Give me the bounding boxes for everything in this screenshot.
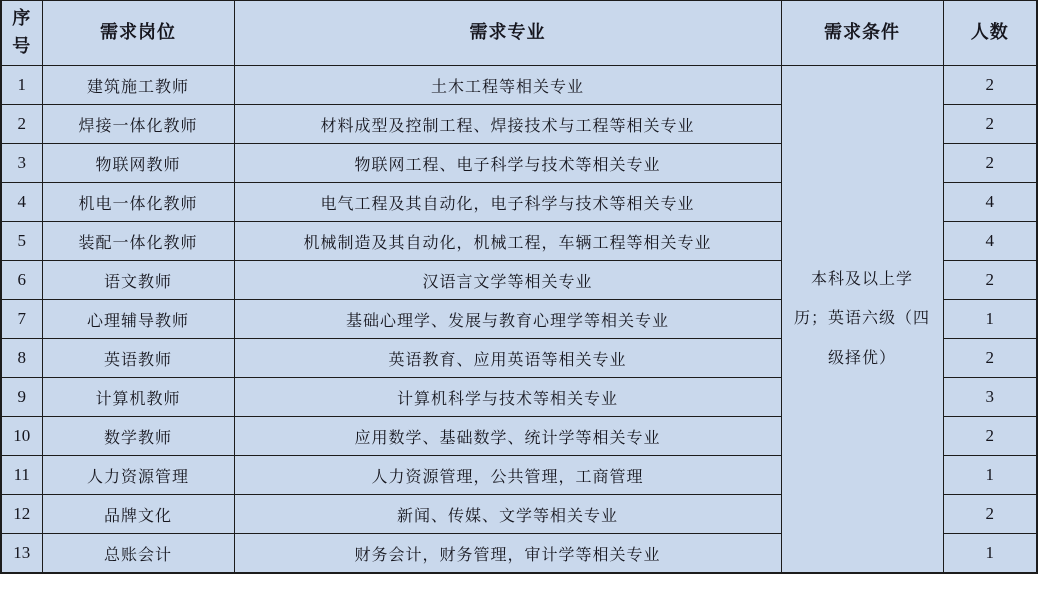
- row-count-cell: 4: [943, 183, 1037, 222]
- row-no-cell: 8: [1, 339, 42, 378]
- row-count-cell: 2: [943, 495, 1037, 534]
- row-position-cell: 计算机教师: [42, 378, 234, 417]
- row-position-cell: 机电一体化教师: [42, 183, 234, 222]
- header-position: 需求岗位: [42, 1, 234, 66]
- row-major-cell: 财务会计，财务管理，审计学等相关专业: [234, 534, 781, 574]
- row-count-cell: 2: [943, 66, 1037, 105]
- row-no-cell: 9: [1, 378, 42, 417]
- header-no: 序号: [1, 1, 42, 66]
- row-no-cell: 13: [1, 534, 42, 574]
- row-no-cell: 7: [1, 300, 42, 339]
- table-body: 1 建筑施工教师 土木工程等相关专业 本科及以上学 历；英语六级（四 级择优）2…: [1, 66, 1037, 574]
- row-position-cell: 心理辅导教师: [42, 300, 234, 339]
- row-no-cell: 11: [1, 456, 42, 495]
- row-count-cell: 3: [943, 378, 1037, 417]
- header-condition: 需求条件: [781, 1, 943, 66]
- recruitment-table: 序号 需求岗位 需求专业 需求条件 人数 1 建筑施工教师 土木工程等相关专业 …: [0, 0, 1038, 574]
- row-no-cell: 12: [1, 495, 42, 534]
- row-no-cell: 1: [1, 66, 42, 105]
- row-count-cell: 4: [943, 222, 1037, 261]
- row-major-cell: 基础心理学、发展与教育心理学等相关专业: [234, 300, 781, 339]
- row-major-cell: 应用数学、基础数学、统计学等相关专业: [234, 417, 781, 456]
- row-position-cell: 英语教师: [42, 339, 234, 378]
- row-major-cell: 电气工程及其自动化，电子科学与技术等相关专业: [234, 183, 781, 222]
- row-count-cell: 2: [943, 105, 1037, 144]
- row-position-cell: 语文教师: [42, 261, 234, 300]
- row-major-cell: 机械制造及其自动化，机械工程，车辆工程等相关专业: [234, 222, 781, 261]
- row-position-cell: 人力资源管理: [42, 456, 234, 495]
- row-major-cell: 人力资源管理，公共管理，工商管理: [234, 456, 781, 495]
- row-major-cell: 英语教育、应用英语等相关专业: [234, 339, 781, 378]
- row-count-cell: 2: [943, 144, 1037, 183]
- row-count-cell: 1: [943, 300, 1037, 339]
- row-count-cell: 2: [943, 339, 1037, 378]
- row-position-cell: 建筑施工教师: [42, 66, 234, 105]
- row-count-cell: 2: [943, 417, 1037, 456]
- row-no-cell: 3: [1, 144, 42, 183]
- table-row: 1 建筑施工教师 土木工程等相关专业 本科及以上学 历；英语六级（四 级择优）2: [1, 66, 1037, 105]
- header-count: 人数: [943, 1, 1037, 66]
- row-count-cell: 2: [943, 261, 1037, 300]
- row-no-cell: 10: [1, 417, 42, 456]
- row-major-cell: 新闻、传媒、文学等相关专业: [234, 495, 781, 534]
- row-position-cell: 装配一体化教师: [42, 222, 234, 261]
- row-no-cell: 5: [1, 222, 42, 261]
- row-no-cell: 6: [1, 261, 42, 300]
- row-major-cell: 汉语言文学等相关专业: [234, 261, 781, 300]
- condition-cell: 本科及以上学 历；英语六级（四 级择优）: [781, 66, 943, 574]
- table-header: 序号 需求岗位 需求专业 需求条件 人数: [1, 1, 1037, 66]
- row-major-cell: 物联网工程、电子科学与技术等相关专业: [234, 144, 781, 183]
- row-no-cell: 2: [1, 105, 42, 144]
- row-major-cell: 土木工程等相关专业: [234, 66, 781, 105]
- row-position-cell: 物联网教师: [42, 144, 234, 183]
- row-position-cell: 总账会计: [42, 534, 234, 574]
- row-position-cell: 焊接一体化教师: [42, 105, 234, 144]
- row-position-cell: 品牌文化: [42, 495, 234, 534]
- row-count-cell: 1: [943, 534, 1037, 574]
- row-major-cell: 材料成型及控制工程、焊接技术与工程等相关专业: [234, 105, 781, 144]
- header-major: 需求专业: [234, 1, 781, 66]
- row-position-cell: 数学教师: [42, 417, 234, 456]
- row-no-cell: 4: [1, 183, 42, 222]
- row-major-cell: 计算机科学与技术等相关专业: [234, 378, 781, 417]
- header-row: 序号 需求岗位 需求专业 需求条件 人数: [1, 1, 1037, 66]
- row-count-cell: 1: [943, 456, 1037, 495]
